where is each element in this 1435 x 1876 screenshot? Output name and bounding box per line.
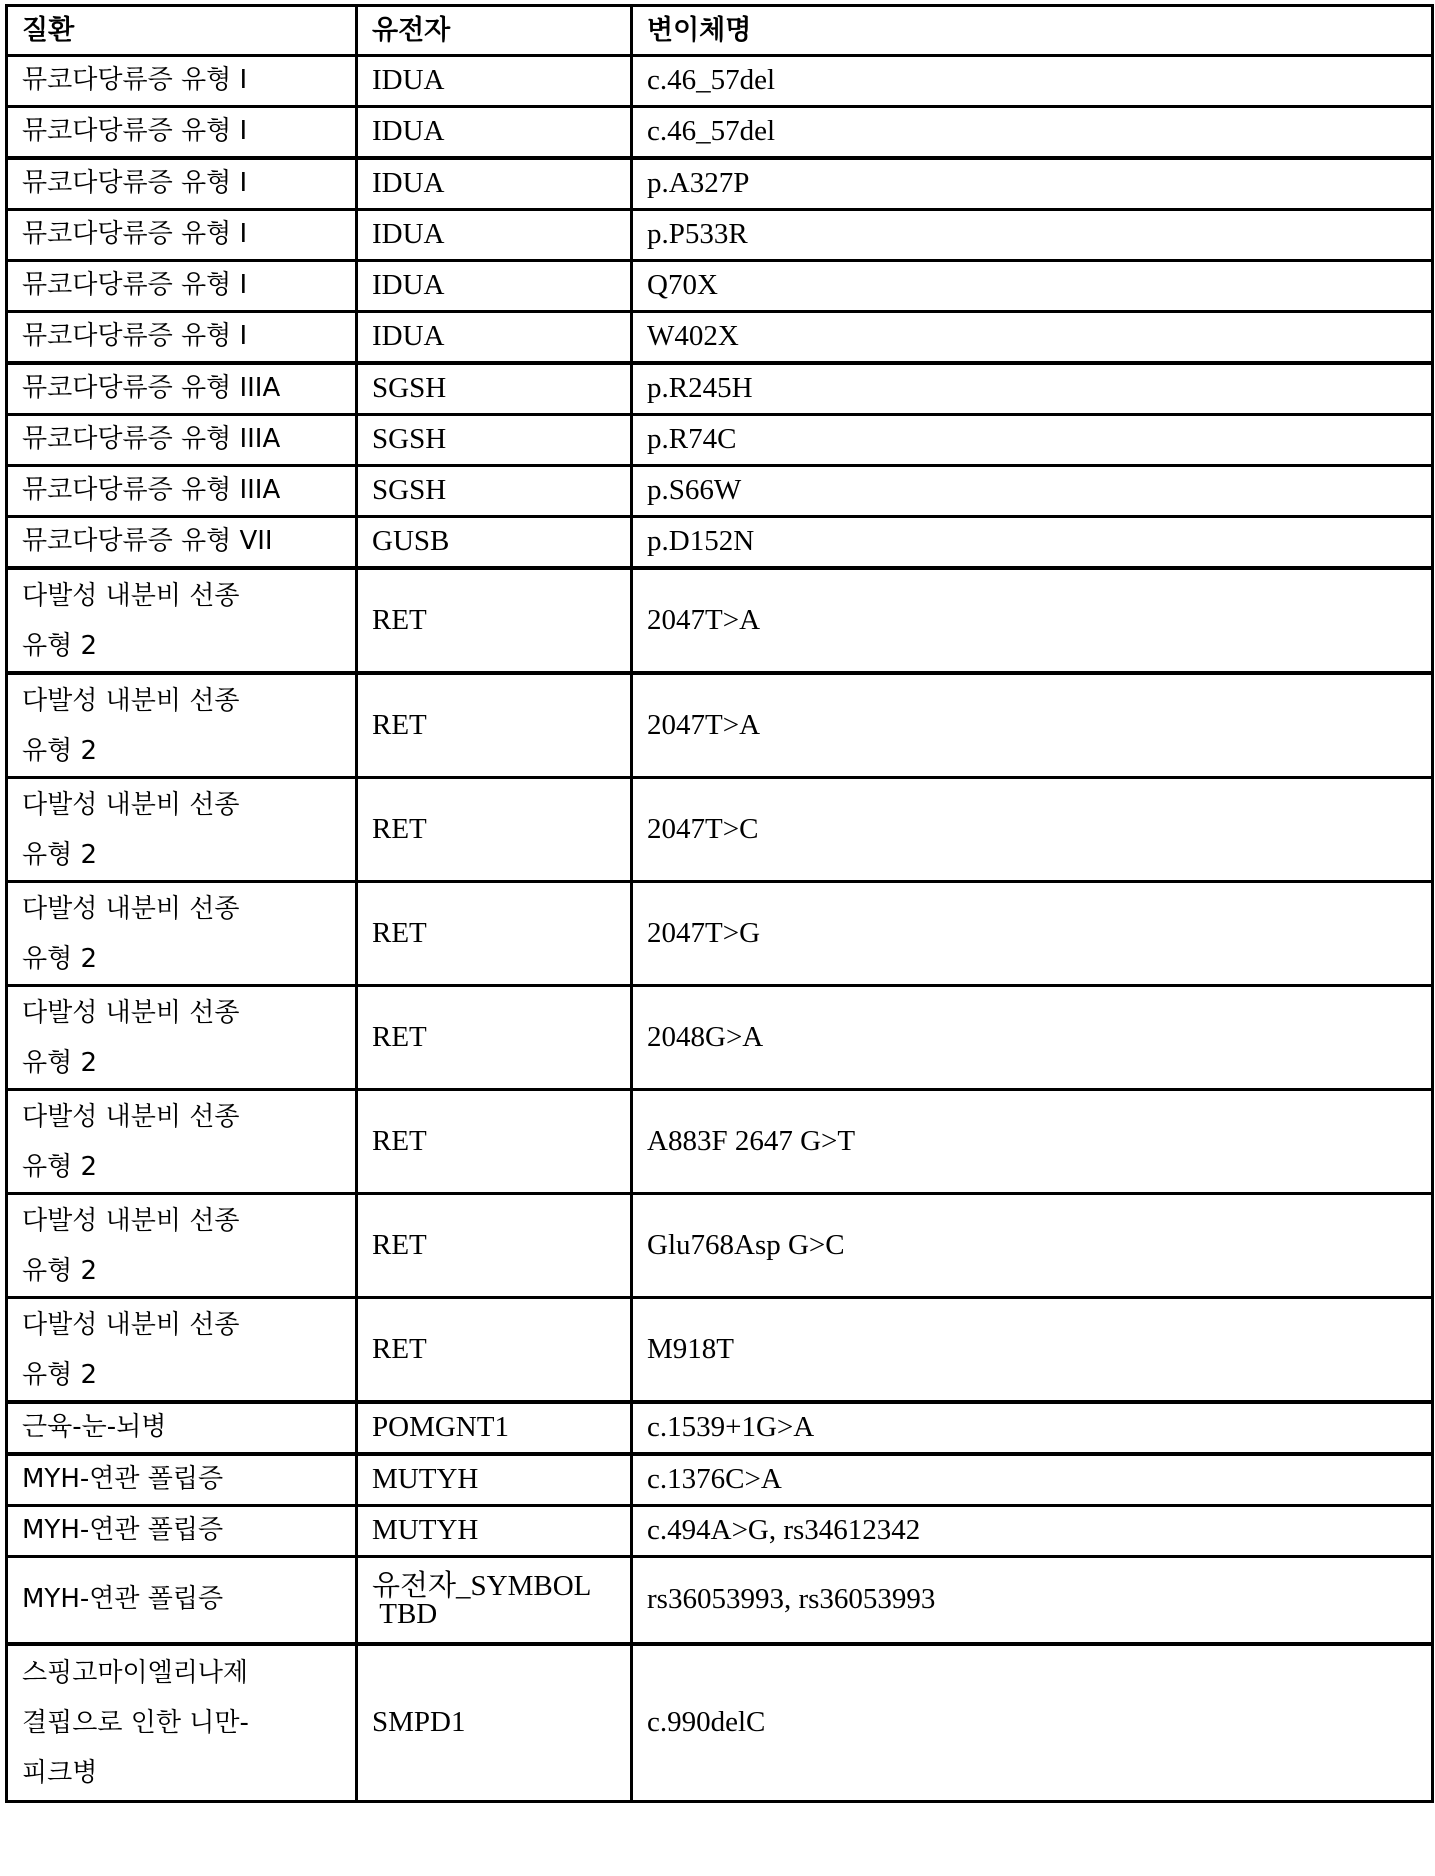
variant-cell: p.A327P xyxy=(632,158,1433,210)
disease-line: 다발성 내분비 선종 xyxy=(22,1310,239,1340)
disease-cell: 다발성 내분비 선종유형 2 xyxy=(7,1090,357,1194)
variant-cell: c.46_57del xyxy=(632,56,1433,107)
disease-line: 다발성 내분비 선종 xyxy=(22,686,239,716)
disease-cell: MYH-연관 폴립증 xyxy=(7,1454,357,1506)
gene-cell: MUTYH xyxy=(357,1506,632,1557)
gene-cell: SGSH xyxy=(357,415,632,466)
table-row: 뮤코다당류증 유형 I IDUA p.P533R xyxy=(7,210,1433,261)
gene-cell: RET xyxy=(357,1194,632,1298)
gene-cell: RET xyxy=(357,882,632,986)
disease-cell: 다발성 내분비 선종유형 2 xyxy=(7,568,357,673)
table-row: 뮤코다당류증 유형 IIIA SGSH p.R74C xyxy=(7,415,1433,466)
disease-line: 유형 2 xyxy=(22,1256,97,1286)
variant-cell: W402X xyxy=(632,312,1433,364)
table-row: 뮤코다당류증 유형 I IDUA p.A327P xyxy=(7,158,1433,210)
disease-cell: 다발성 내분비 선종유형 2 xyxy=(7,882,357,986)
table-row: 근육-눈-뇌병 POMGNT1 c.1539+1G>A xyxy=(7,1402,1433,1454)
variant-cell: p.P533R xyxy=(632,210,1433,261)
variant-cell: p.R74C xyxy=(632,415,1433,466)
disease-line: 다발성 내분비 선종 xyxy=(22,998,239,1028)
table-row: 뮤코다당류증 유형 I IDUA Q70X xyxy=(7,261,1433,312)
variant-cell: 2047T>G xyxy=(632,882,1433,986)
gene-cell: IDUA xyxy=(357,56,632,107)
disease-cell: 뮤코다당류증 유형 IIIA xyxy=(7,466,357,517)
variant-cell: 2048G>A xyxy=(632,986,1433,1090)
variant-cell: 2047T>A xyxy=(632,673,1433,778)
variant-cell: 2047T>C xyxy=(632,778,1433,882)
table-row: 뮤코다당류증 유형 I IDUA c.46_57del xyxy=(7,56,1433,107)
disease-cell: 뮤코다당류증 유형 I xyxy=(7,261,357,312)
disease-line: 유형 2 xyxy=(22,944,97,974)
gene-cell: RET xyxy=(357,778,632,882)
table-row: 뮤코다당류증 유형 VII GUSB p.D152N xyxy=(7,517,1433,569)
disease-cell: 뮤코다당류증 유형 I xyxy=(7,210,357,261)
table-row: 뮤코다당류증 유형 IIIA SGSH p.R245H xyxy=(7,363,1433,415)
table-row: 뮤코다당류증 유형 IIIA SGSH p.S66W xyxy=(7,466,1433,517)
disease-cell: 다발성 내분비 선종유형 2 xyxy=(7,1194,357,1298)
table-row: 다발성 내분비 선종유형 2 RET 2047T>C xyxy=(7,778,1433,882)
variant-cell: p.R245H xyxy=(632,363,1433,415)
table-header-row: 질환 유전자 변이체명 xyxy=(7,6,1433,56)
disease-cell: 근육-눈-뇌병 xyxy=(7,1402,357,1454)
header-gene: 유전자 xyxy=(357,6,632,56)
gene-cell: RET xyxy=(357,1090,632,1194)
disease-line: 결핍으로 인한 니만- xyxy=(22,1708,249,1738)
disease-line: 다발성 내분비 선종 xyxy=(22,1102,239,1132)
disease-cell: 뮤코다당류증 유형 I xyxy=(7,158,357,210)
variant-table: 질환 유전자 변이체명 뮤코다당류증 유형 I IDUA c.46_57del … xyxy=(5,4,1434,1803)
table-row: MYH-연관 폴립증 MUTYH c.1376C>A xyxy=(7,1454,1433,1506)
variant-cell: 2047T>A xyxy=(632,568,1433,673)
variant-cell: c.494A>G, rs34612342 xyxy=(632,1506,1433,1557)
variant-cell: p.S66W xyxy=(632,466,1433,517)
header-disease: 질환 xyxy=(7,6,357,56)
table-row: 뮤코다당류증 유형 I IDUA c.46_57del xyxy=(7,107,1433,159)
disease-cell: 뮤코다당류증 유형 I xyxy=(7,107,357,159)
variant-cell: c.990delC xyxy=(632,1644,1433,1802)
table-row: MYH-연관 폴립증 MUTYH c.494A>G, rs34612342 xyxy=(7,1506,1433,1557)
disease-line: 스핑고마이엘리나제 xyxy=(22,1658,248,1688)
table-row: 스핑고마이엘리나제결핍으로 인한 니만-피크병 SMPD1 c.990delC xyxy=(7,1644,1433,1802)
gene-cell: POMGNT1 xyxy=(357,1402,632,1454)
gene-cell: RET xyxy=(357,673,632,778)
table-row: 뮤코다당류증 유형 I IDUA W402X xyxy=(7,312,1433,364)
disease-cell: 다발성 내분비 선종유형 2 xyxy=(7,986,357,1090)
table-row: 다발성 내분비 선종유형 2 RET A883F 2647 G>T xyxy=(7,1090,1433,1194)
variant-cell: c.46_57del xyxy=(632,107,1433,159)
disease-cell: MYH-연관 폴립증 xyxy=(7,1557,357,1645)
variant-cell: A883F 2647 G>T xyxy=(632,1090,1433,1194)
gene-cell: RET xyxy=(357,1298,632,1403)
disease-cell: 뮤코다당류증 유형 IIIA xyxy=(7,415,357,466)
disease-line: 다발성 내분비 선종 xyxy=(22,581,239,611)
gene-cell: SGSH xyxy=(357,363,632,415)
variant-cell: p.D152N xyxy=(632,517,1433,569)
disease-cell: 뮤코다당류증 유형 I xyxy=(7,312,357,364)
disease-cell: 뮤코다당류증 유형 VII xyxy=(7,517,357,569)
gene-cell: SGSH xyxy=(357,466,632,517)
gene-cell: 유전자_SYMBOL TBD xyxy=(357,1557,632,1645)
variant-cell: c.1539+1G>A xyxy=(632,1402,1433,1454)
disease-line: 다발성 내분비 선종 xyxy=(22,1206,239,1236)
disease-line: 유형 2 xyxy=(22,1360,97,1390)
table-row: 다발성 내분비 선종유형 2 RET 2047T>A xyxy=(7,673,1433,778)
disease-cell: 뮤코다당류증 유형 I xyxy=(7,56,357,107)
gene-line: TBD xyxy=(379,1598,437,1630)
variant-cell: Q70X xyxy=(632,261,1433,312)
header-variant: 변이체명 xyxy=(632,6,1433,56)
variant-cell: c.1376C>A xyxy=(632,1454,1433,1506)
variant-cell: rs36053993, rs36053993 xyxy=(632,1557,1433,1645)
gene-cell: IDUA xyxy=(357,261,632,312)
disease-cell: 다발성 내분비 선종유형 2 xyxy=(7,1298,357,1403)
disease-cell: 뮤코다당류증 유형 IIIA xyxy=(7,363,357,415)
gene-cell: RET xyxy=(357,986,632,1090)
gene-cell: SMPD1 xyxy=(357,1644,632,1802)
gene-cell: IDUA xyxy=(357,210,632,261)
disease-line: 다발성 내분비 선종 xyxy=(22,790,239,820)
disease-cell: MYH-연관 폴립증 xyxy=(7,1506,357,1557)
disease-cell: 다발성 내분비 선종유형 2 xyxy=(7,673,357,778)
table-row: MYH-연관 폴립증 유전자_SYMBOL TBD rs36053993, rs… xyxy=(7,1557,1433,1645)
table-row: 다발성 내분비 선종유형 2 RET M918T xyxy=(7,1298,1433,1403)
disease-cell: 다발성 내분비 선종유형 2 xyxy=(7,778,357,882)
disease-line: 유형 2 xyxy=(22,1048,97,1078)
disease-line: 피크병 xyxy=(22,1758,97,1788)
variant-cell: Glu768Asp G>C xyxy=(632,1194,1433,1298)
gene-cell: GUSB xyxy=(357,517,632,569)
gene-cell: IDUA xyxy=(357,312,632,364)
disease-line: 유형 2 xyxy=(22,736,97,766)
disease-line: 유형 2 xyxy=(22,1152,97,1182)
disease-line: 다발성 내분비 선종 xyxy=(22,894,239,924)
disease-line: 유형 2 xyxy=(22,631,97,661)
table-row: 다발성 내분비 선종유형 2 RET 2048G>A xyxy=(7,986,1433,1090)
gene-cell: IDUA xyxy=(357,107,632,159)
disease-line: 유형 2 xyxy=(22,840,97,870)
variant-cell: M918T xyxy=(632,1298,1433,1403)
gene-cell: IDUA xyxy=(357,158,632,210)
gene-cell: MUTYH xyxy=(357,1454,632,1506)
disease-cell: 스핑고마이엘리나제결핍으로 인한 니만-피크병 xyxy=(7,1644,357,1802)
gene-cell: RET xyxy=(357,568,632,673)
table-row: 다발성 내분비 선종유형 2 RET Glu768Asp G>C xyxy=(7,1194,1433,1298)
table-row: 다발성 내분비 선종유형 2 RET 2047T>G xyxy=(7,882,1433,986)
table-row: 다발성 내분비 선종유형 2 RET 2047T>A xyxy=(7,568,1433,673)
